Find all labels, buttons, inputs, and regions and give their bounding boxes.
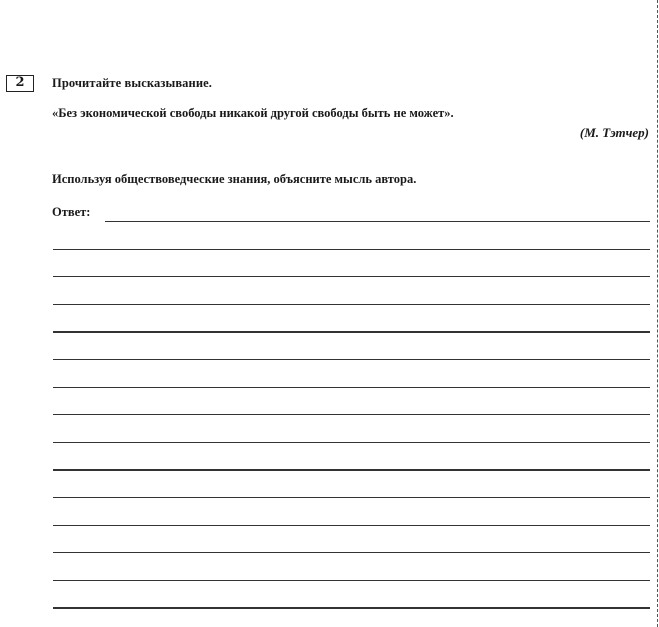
answer-line[interactable] [53, 276, 650, 277]
answer-line[interactable] [53, 304, 650, 305]
answer-label: Ответ: [52, 205, 90, 220]
answer-line[interactable] [53, 249, 650, 250]
answer-line[interactable] [53, 497, 650, 498]
quote-text: «Без экономической свободы никакой друго… [52, 106, 454, 121]
cut-line [657, 0, 658, 627]
task-prompt: Прочитайте высказывание. [52, 76, 212, 91]
answer-line[interactable] [53, 414, 650, 415]
task-number-box: 2 [6, 75, 34, 92]
answer-line[interactable] [53, 580, 650, 581]
answer-line-first[interactable] [105, 221, 650, 222]
quote-author: (М. Тэтчер) [580, 125, 649, 141]
task-instruction: Используя обществоведческие знания, объя… [52, 172, 416, 187]
answer-line[interactable] [53, 552, 650, 553]
answer-line[interactable] [53, 387, 650, 388]
answer-line[interactable] [53, 607, 650, 608]
answer-line[interactable] [53, 442, 650, 443]
answer-line[interactable] [53, 525, 650, 526]
answer-line[interactable] [53, 469, 650, 470]
answer-line[interactable] [53, 331, 650, 332]
answer-line[interactable] [53, 359, 650, 360]
